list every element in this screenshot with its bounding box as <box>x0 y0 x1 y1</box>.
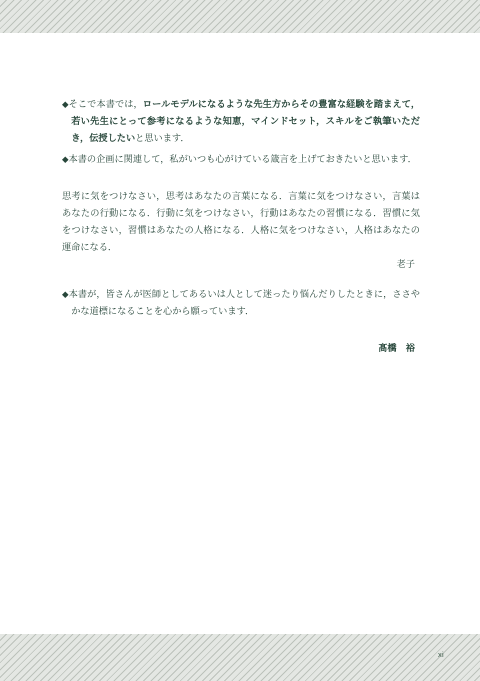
paragraph-maxim-intro: ◆本書の企画に関連して，私がいつも心がけている箴言を上げておきたいと思います． <box>62 151 420 168</box>
top-border-hatch <box>0 0 480 33</box>
bottom-border-hatch: xi <box>0 634 480 681</box>
paragraph-book-aim-prefix: そこで本書では， <box>69 99 143 109</box>
preface-text-block: ◆そこで本書では，ロールモデルになるような先生方からその豊富な経験を踏まえて，若… <box>62 96 420 357</box>
maxim-quote-text: 思考に気をつけなさい，思考はあなたの言葉になる．言葉に気をつけなさい，言葉はあな… <box>62 188 420 256</box>
paragraph-closing-wish: ◆本書が，皆さんが医師としてあるいは人として迷ったり悩んだりしたときに，ささやか… <box>62 286 420 320</box>
paragraph-closing-wish-text: 本書が，皆さんが医師としてあるいは人として迷ったり悩んだりしたときに，ささやかな… <box>69 289 420 316</box>
diamond-bullet: ◆ <box>62 289 69 299</box>
paragraph-maxim-intro-text: 本書の企画に関連して，私がいつも心がけている箴言を上げておきたいと思います． <box>69 154 417 164</box>
paragraph-book-aim: ◆そこで本書では，ロールモデルになるような先生方からその豊富な経験を踏まえて，若… <box>62 96 420 147</box>
author-signature: 髙橋 裕 <box>62 340 420 357</box>
maxim-quote-block: 思考に気をつけなさい，思考はあなたの言葉になる．言葉に気をつけなさい，言葉はあな… <box>62 188 420 273</box>
paragraph-book-aim-suffix: と思います． <box>135 133 189 143</box>
maxim-quote-attribution: 老子 <box>62 256 420 273</box>
diamond-bullet: ◆ <box>62 99 69 109</box>
page-number: xi <box>438 651 444 659</box>
